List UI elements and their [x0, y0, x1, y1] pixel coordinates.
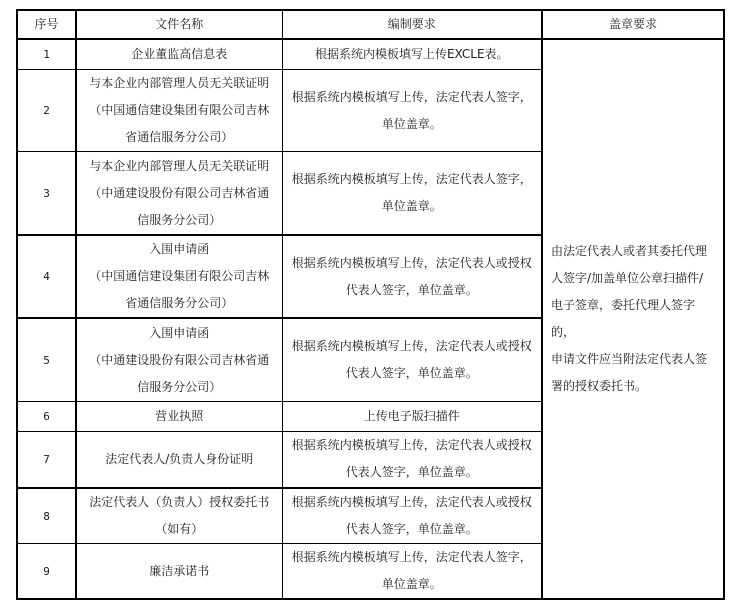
header-requirement: 编制要求: [282, 10, 542, 39]
requirement: 上传电子版扫描件: [282, 402, 542, 432]
file-name: 廉洁承诺书: [76, 544, 282, 600]
row-number: 8: [17, 488, 76, 544]
row-number: 4: [17, 235, 76, 318]
header-seal: 盖章要求: [542, 10, 724, 39]
header-name: 文件名称: [76, 10, 282, 39]
file-name: 法定代表人/负责人身份证明: [76, 432, 282, 489]
document-requirements-table: 序号 文件名称 编制要求 盖章要求 1 企业董监高信息表 根据系统内模板填写上传…: [16, 9, 725, 600]
header-no: 序号: [17, 10, 76, 39]
row-number: 5: [17, 318, 76, 402]
row-number: 7: [17, 432, 76, 489]
requirement: 根据系统内模板填写上传，法定代表人或授权 代表人签字，单位盖章。: [282, 432, 542, 489]
requirement: 根据系统内模板填写上传，法定代表人或授权 代表人签字，单位盖章。: [282, 318, 542, 402]
requirement: 根据系统内模板填写上传EXCLE表。: [282, 39, 542, 70]
row-number: 6: [17, 402, 76, 432]
file-name: 法定代表人（负责人）授权委托书 （如有）: [76, 488, 282, 544]
table-row: 1 企业董监高信息表 根据系统内模板填写上传EXCLE表。 由法定代表人或者其委…: [17, 39, 724, 70]
requirement: 根据系统内模板填写上传，法定代表人或授权 代表人签字，单位盖章。: [282, 488, 542, 544]
row-number: 1: [17, 39, 76, 70]
requirement: 根据系统内模板填写上传，法定代表人签字， 单位盖章。: [282, 70, 542, 152]
row-number: 9: [17, 544, 76, 600]
file-name: 与本企业内部管理人员无关联证明 （中通建设股份有限公司吉林省通 信服务分公司）: [76, 152, 282, 236]
requirement: 根据系统内模板填写上传，法定代表人或授权 代表人签字，单位盖章。: [282, 235, 542, 318]
file-name: 与本企业内部管理人员无关联证明 （中国通信建设集团有限公司吉林 省通信服务分公司…: [76, 70, 282, 152]
seal-requirement: 由法定代表人或者其委托代理 人签字/加盖单位公章扫描件/ 电子签章，委托代理人签…: [542, 39, 724, 599]
row-number: 2: [17, 70, 76, 152]
file-name: 企业董监高信息表: [76, 39, 282, 70]
file-name: 入围申请函 （中通建设股份有限公司吉林省通 信服务分公司）: [76, 318, 282, 402]
requirement: 根据系统内模板填写上传，法定代表人签字， 单位盖章。: [282, 152, 542, 236]
file-name: 营业执照: [76, 402, 282, 432]
header-row: 序号 文件名称 编制要求 盖章要求: [17, 10, 724, 39]
file-name: 入围申请函 （中国通信建设集团有限公司吉林 省通信服务分公司）: [76, 235, 282, 318]
requirement: 根据系统内模板填写上传，法定代表人签字， 单位盖章。: [282, 544, 542, 600]
row-number: 3: [17, 152, 76, 236]
